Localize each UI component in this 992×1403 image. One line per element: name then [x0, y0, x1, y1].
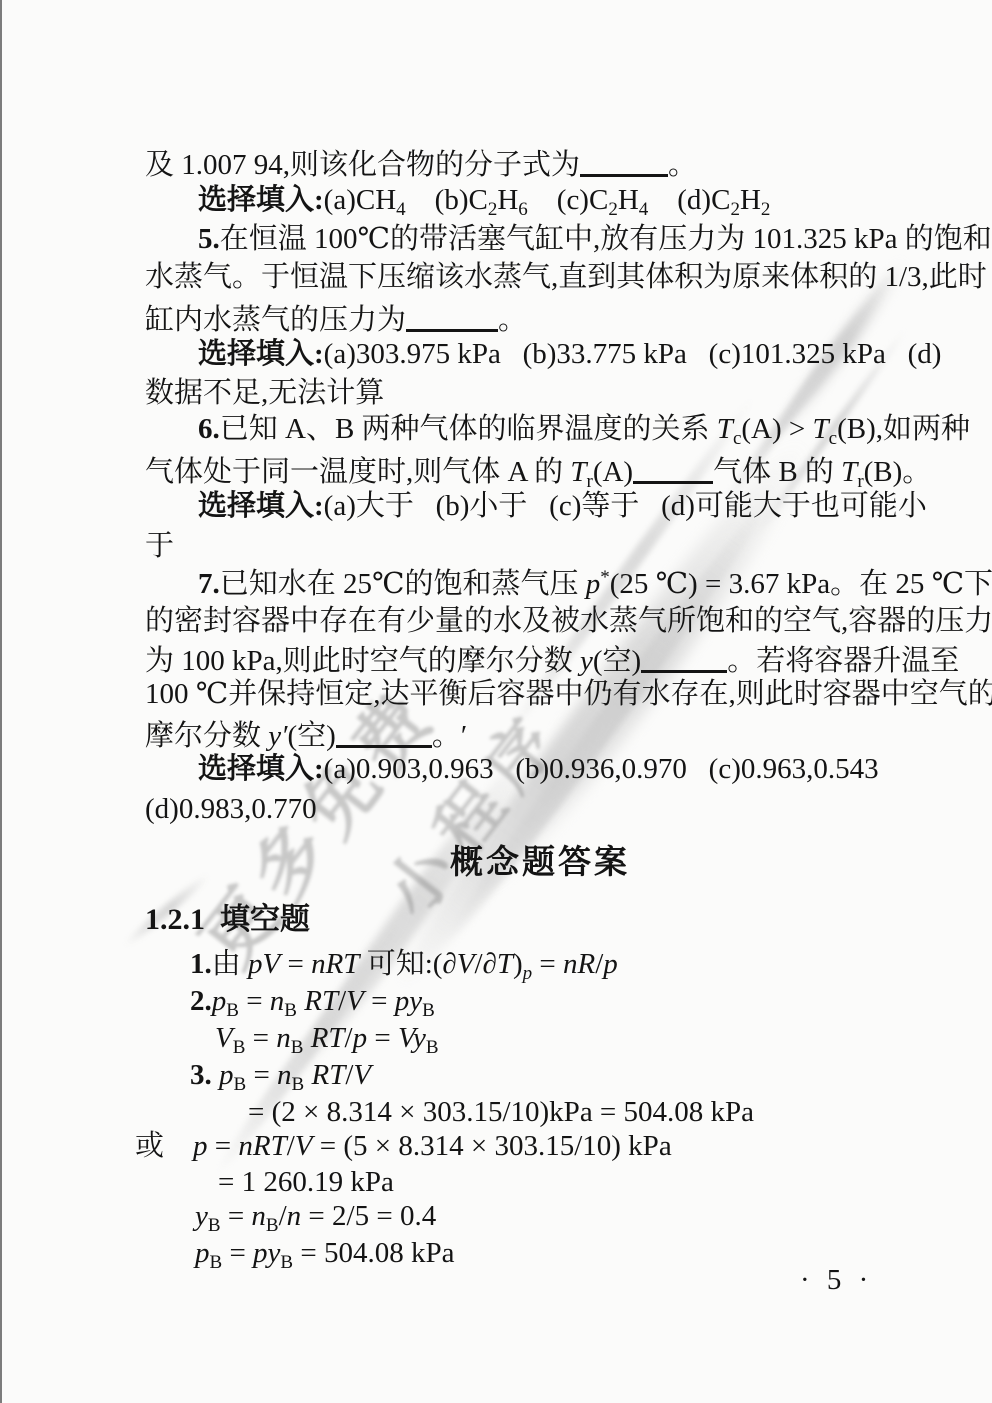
- text-line: 于: [145, 530, 174, 563]
- text-line: 选择填入:(a)0.903,0.963 (b)0.936,0.970 (c)0.…: [198, 753, 879, 786]
- text-line: 3. pB = nB RT/V: [190, 1059, 371, 1096]
- text-line: 及 1.007 94,则该化合物的分子式为。: [145, 145, 697, 182]
- text-line: 水蒸气。于恒温下压缩该水蒸气,直到其体积为原来体积的 1/3,此时: [145, 261, 987, 294]
- text-line: (d)0.983,0.770: [145, 793, 317, 826]
- text-line: 缸内水蒸气的压力为。: [145, 300, 527, 337]
- text-line: 的密封容器中存在有少量的水及被水蒸气所饱和的空气,容器的压力: [145, 605, 992, 638]
- text-line: 2.pB = nB RT/V = pyB: [190, 985, 435, 1022]
- text-line: 5.在恒温 100℃的带活塞气缸中,放有压力为 101.325 kPa 的饱和: [198, 223, 992, 256]
- text-line: 气体处于同一温度时,则气体 A 的 Tr(A)气体 B 的 Tr(B)。: [145, 452, 931, 493]
- text-line: 7.已知水在 25℃的饱和蒸气压 p*(25 ℃) = 3.67 kPa。在 2…: [198, 567, 992, 601]
- text-line: 选择填入:(a)CH4 (b)C2H6 (c)C2H4 (d)C2H2: [198, 184, 770, 221]
- text-line: 6.已知 A、B 两种气体的临界温度的关系 Tc(A) > Tc(B),如两种: [198, 413, 970, 450]
- text-line: = 1 260.19 kPa: [218, 1166, 394, 1199]
- text-line: = (2 × 8.314 × 303.15/10)kPa = 504.08 kP…: [248, 1096, 754, 1129]
- page-number: · 5 ·: [800, 1264, 873, 1297]
- text-line: yB = nB/n = 2/5 = 0.4: [195, 1200, 436, 1237]
- text-line: 摩尔分数 y′(空)。′: [145, 716, 467, 753]
- page-content: 及 1.007 94,则该化合物的分子式为。选择填入:(a)CH4 (b)C2H…: [0, 0, 992, 1403]
- text-line: 1.2.1 填空题: [145, 903, 310, 938]
- text-line: 数据不足,无法计算: [145, 377, 384, 410]
- text-line: 100 ℃并保持恒定,达平衡后容器中仍有水存在,则此时容器中空气的: [145, 678, 992, 711]
- text-line: 或 p = nRT/V = (5 × 8.314 × 303.15/10) kP…: [135, 1130, 672, 1163]
- text-line: 概念题答案: [450, 845, 630, 883]
- text-line: VB = nB RT/p = VyB: [215, 1022, 439, 1059]
- text-line: 选择填入:(a)303.975 kPa (b)33.775 kPa (c)101…: [198, 338, 941, 371]
- text-line: 选择填入:(a)大于 (b)小于 (c)等于 (d)可能大于也可能小: [198, 490, 927, 523]
- text-line: pB = pyB = 504.08 kPa: [195, 1237, 454, 1274]
- text-line: 1.由 pV = nRT 可知:(∂V/∂T)p = nR/p: [190, 948, 618, 985]
- text-line: 为 100 kPa,则此时空气的摩尔分数 y(空)。若将容器升温至: [145, 641, 959, 678]
